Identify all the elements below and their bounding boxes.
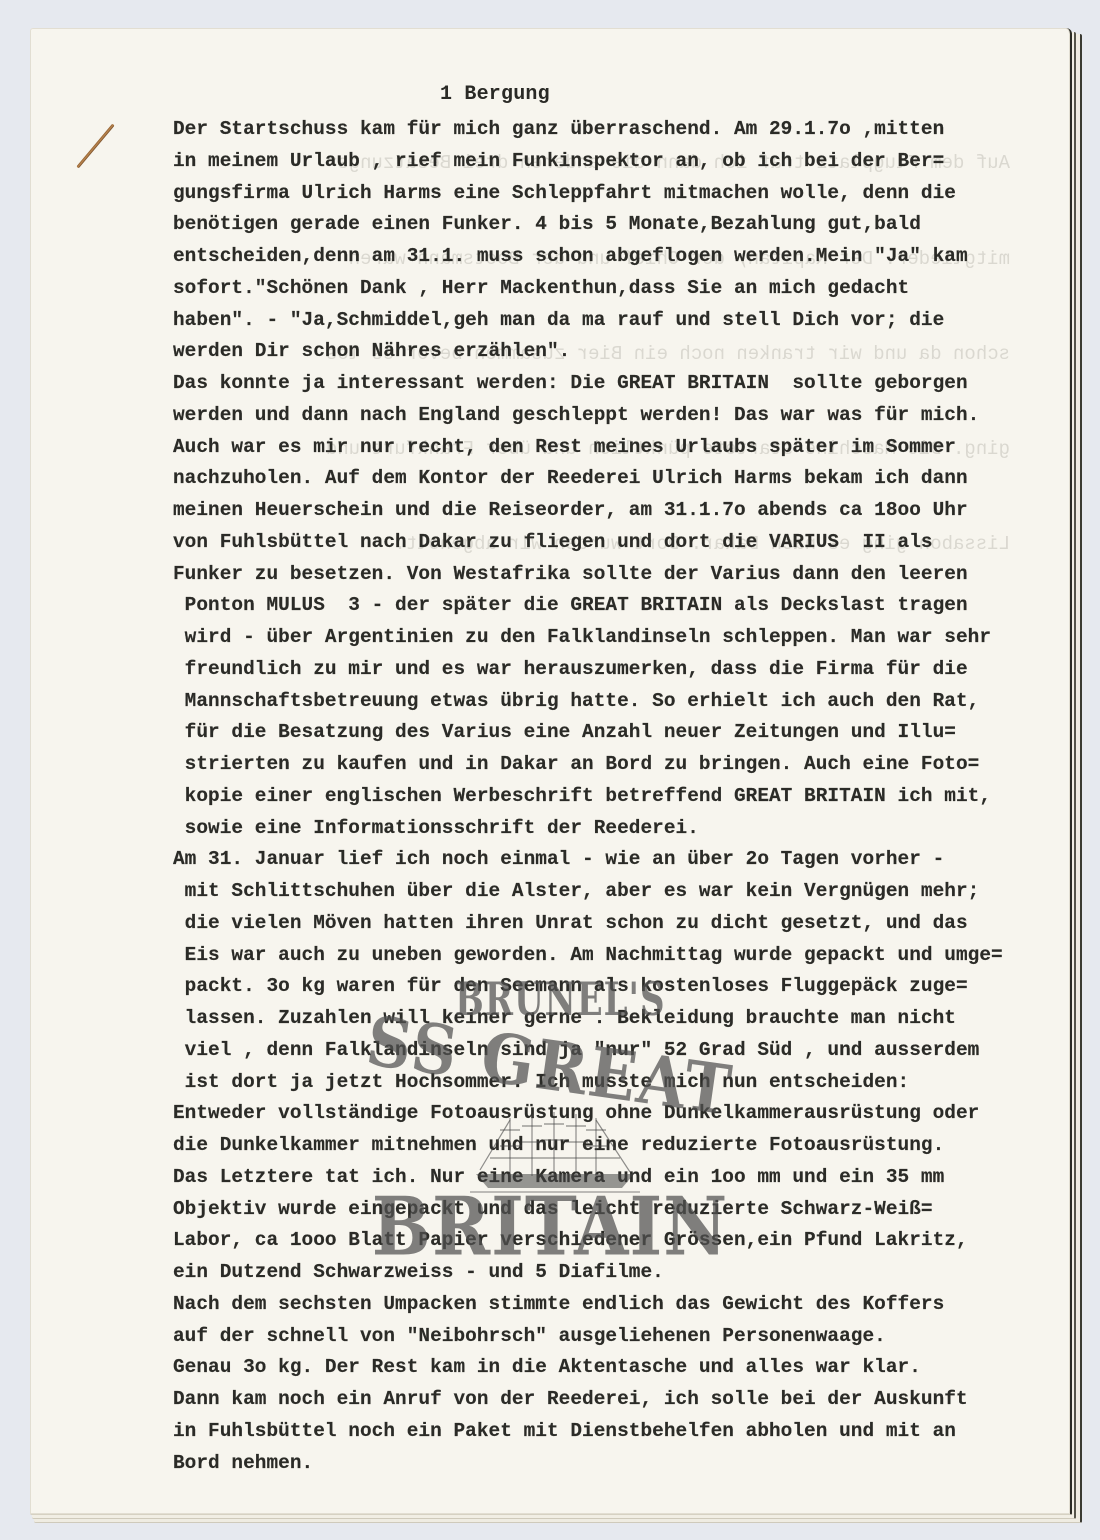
text-line: Eis war auch zu uneben geworden. Am Nach… — [173, 940, 1073, 972]
text-line: auf der schnell von "Neibohrsch" ausgeli… — [173, 1321, 1073, 1353]
text-line: kopie einer englischen Werbeschrift betr… — [173, 781, 1073, 813]
text-line: viel , denn Falklandinseln sind ja "nur"… — [173, 1035, 1073, 1067]
text-line: Das Letztere tat ich. Nur eine Kamera un… — [173, 1162, 1073, 1194]
text-line: freundlich zu mir und es war herauszumer… — [173, 654, 1073, 686]
text-line: werden Dir schon Nähres erzählen". — [173, 336, 1073, 368]
text-line: ist dort ja jetzt Hochsommer. Ich musste… — [173, 1067, 1073, 1099]
text-line: Ponton MULUS 3 - der später die GREAT BR… — [173, 590, 1073, 622]
text-line: Das konnte ja interessant werden: Die GR… — [173, 368, 1073, 400]
text-line: packt. 3o kg waren für den Seemann als k… — [173, 971, 1073, 1003]
text-line: meinen Heuerschein und die Reiseorder, a… — [173, 495, 1073, 527]
text-line: mit Schlittschuhen über die Alster, aber… — [173, 876, 1073, 908]
text-line: ein Dutzend Schwarzweiss - und 5 Diafilm… — [173, 1257, 1073, 1289]
text-line: Entweder vollständige Fotoausrüstung ohn… — [173, 1098, 1073, 1130]
text-line: werden und dann nach England geschleppt … — [173, 400, 1073, 432]
text-line: in meinem Urlaub , rief mein Funkinspekt… — [173, 146, 1073, 178]
text-line: benötigen gerade einen Funker. 4 bis 5 M… — [173, 209, 1073, 241]
text-line: sowie eine Informationsschrift der Reede… — [173, 813, 1073, 845]
text-line: Nach dem sechsten Umpacken stimmte endli… — [173, 1289, 1073, 1321]
text-line: Auch war es mir nur recht, den Rest mein… — [173, 432, 1073, 464]
text-line: Objektiv wurde eingepackt und das leicht… — [173, 1194, 1073, 1226]
chapter-title: 1 Bergung — [440, 83, 550, 106]
body-text: Der Startschuss kam für mich ganz überra… — [173, 114, 1073, 1479]
text-line: die Dunkelkammer mitnehmen und nur eine … — [173, 1130, 1073, 1162]
text-line: in Fuhlsbüttel noch ein Paket mit Dienst… — [173, 1416, 1073, 1448]
text-line: strierten zu kaufen und in Dakar an Bord… — [173, 749, 1073, 781]
text-line: Dann kam noch ein Anruf von der Reederei… — [173, 1384, 1073, 1416]
text-line: von Fuhlsbüttel nach Dakar zu fliegen un… — [173, 527, 1073, 559]
text-line: sofort."Schönen Dank , Herr Mackenthun,d… — [173, 273, 1073, 305]
text-line: für die Besatzung des Varius eine Anzahl… — [173, 717, 1073, 749]
text-line: Funker zu besetzen. Von Westafrika sollt… — [173, 559, 1073, 591]
text-line: Bord nehmen. — [173, 1448, 1073, 1480]
text-line: Mannschaftsbetreuung etwas übrig hatte. … — [173, 686, 1073, 718]
text-line: lassen. Zuzahlen will keiner gerne . Bek… — [173, 1003, 1073, 1035]
text-line: Labor, ca 1ooo Blatt Papier verschiedene… — [173, 1225, 1073, 1257]
text-line: haben". - "Ja,Schmiddel,geh man da ma ra… — [173, 305, 1073, 337]
text-line: Genau 3o kg. Der Rest kam in die Aktenta… — [173, 1352, 1073, 1384]
text-line: wird - über Argentinien zu den Falklandi… — [173, 622, 1073, 654]
text-line: die vielen Möven hatten ihren Unrat scho… — [173, 908, 1073, 940]
page-content: 1 Bergung Der Startschuss kam für mich g… — [0, 0, 1100, 1540]
text-line: nachzuholen. Auf dem Kontor der Reederei… — [173, 463, 1073, 495]
text-line: Der Startschuss kam für mich ganz überra… — [173, 114, 1073, 146]
text-line: entscheiden,denn am 31.1. muss schon abg… — [173, 241, 1073, 273]
text-line: gungsfirma Ulrich Harms eine Schleppfahr… — [173, 178, 1073, 210]
text-line: Am 31. Januar lief ich noch einmal - wie… — [173, 844, 1073, 876]
